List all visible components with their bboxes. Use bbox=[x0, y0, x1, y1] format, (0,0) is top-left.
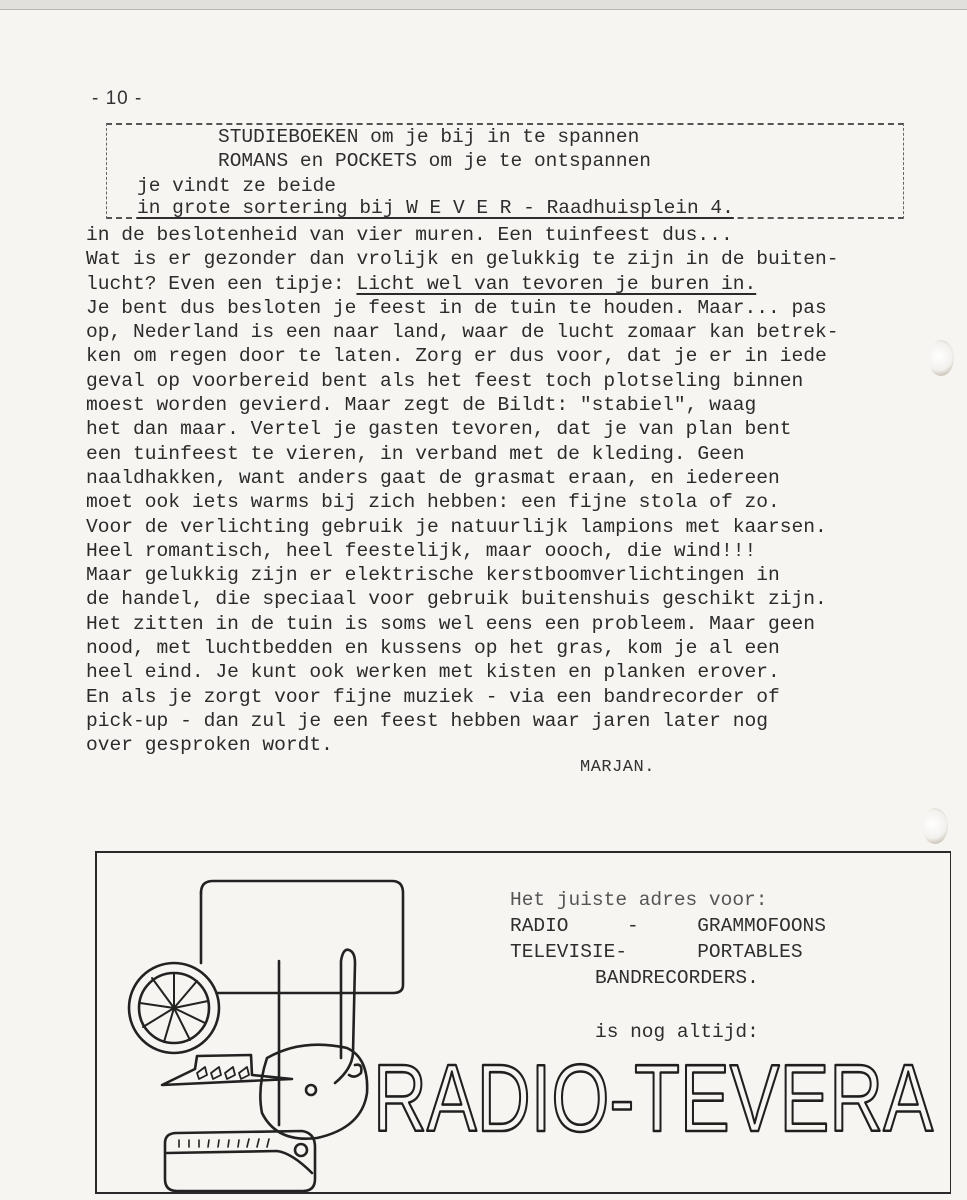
book-ad-line: je vindt ze beide bbox=[137, 174, 336, 198]
article-line: Maar gelukkig zijn er elektrische kerstb… bbox=[86, 563, 956, 587]
article-line: heel eind. Je kunt ook werken met kisten… bbox=[86, 660, 956, 684]
article-line: moet ook iets warms bij zich hebben: een… bbox=[86, 490, 956, 514]
book-ad-line: STUDIEBOEKEN om je bij in te spannen bbox=[218, 125, 639, 149]
article-line: ken om regen door te laten. Zorg er dus … bbox=[86, 344, 956, 368]
article-line: lucht? Even een tipje: Licht wel van tev… bbox=[86, 272, 956, 296]
article-line: geval op voorbereid bent als het feest t… bbox=[86, 369, 956, 393]
article-line: naaldhakken, want anders gaat de grasmat… bbox=[86, 466, 956, 490]
punch-hole-icon bbox=[928, 340, 954, 376]
article-line: Je bent dus besloten je feest in de tuin… bbox=[86, 296, 956, 320]
article-line: En als je zorgt voor fijne muziek - via … bbox=[86, 685, 956, 709]
article-line: Heel romantisch, heel feestelijk, maar o… bbox=[86, 539, 956, 563]
article-line: Wat is er gezonder dan vrolijk en gelukk… bbox=[86, 247, 956, 271]
article-line-text: lucht? Even een tipje: bbox=[86, 273, 356, 295]
book-ad-address-line: in grote sortering bij W E V E R - Raadh… bbox=[137, 196, 734, 220]
article-line: op, Nederland is een naar land, waar de … bbox=[86, 320, 956, 344]
scan-top-edge bbox=[0, 0, 967, 10]
article-line: Het zitten in de tuin is soms wel eens e… bbox=[86, 612, 956, 636]
article-body: in de beslotenheid van vier muren. Een t… bbox=[86, 223, 956, 758]
article-line: Voor de verlichting gebruik je natuurlij… bbox=[86, 515, 956, 539]
article-line: een tuinfeest te vieren, in verband met … bbox=[86, 442, 956, 466]
svg-text:RADIO-TEVERA: RADIO-TEVERA bbox=[373, 1045, 933, 1151]
article-line: nood, met luchtbedden en kussens op het … bbox=[86, 636, 956, 660]
article-line: pick-up - dan zul je een feest hebben wa… bbox=[86, 709, 956, 733]
radio-ad-intro: Het juiste adres voor: bbox=[510, 887, 767, 913]
radio-tevera-logo: RADIO-TEVERA bbox=[369, 1041, 949, 1151]
punch-hole-icon bbox=[922, 808, 948, 844]
article-line: moest worden gevierd. Maar zegt de Bildt… bbox=[86, 393, 956, 417]
underlined-tip: Licht wel van tevoren je buren in. bbox=[356, 273, 756, 295]
article-line: het dan maar. Vertel je gasten tevoren, … bbox=[86, 417, 956, 441]
article-line: de handel, die speciaal voor gebruik bui… bbox=[86, 587, 956, 611]
article-line: over gesproken wordt. bbox=[86, 733, 956, 757]
page-number: - 10 - bbox=[92, 88, 142, 110]
article-line: in de beslotenheid van vier muren. Een t… bbox=[86, 223, 956, 247]
book-ad-box: STUDIEBOEKEN om je bij in te spannen ROM… bbox=[106, 123, 904, 219]
radio-ad-products: RADIO - GRAMMOFOONS bbox=[510, 913, 826, 939]
author-signature: MARJAN. bbox=[580, 758, 655, 777]
book-ad-line: ROMANS en POCKETS om je te ontspannen bbox=[218, 149, 651, 173]
radio-ad-products: TELEVISIE- PORTABLES bbox=[510, 939, 803, 965]
radio-ad-products: BANDRECORDERS. bbox=[595, 965, 759, 991]
radio-ad-box: Het juiste adres voor: RADIO - GRAMMOFOO… bbox=[95, 851, 951, 1194]
